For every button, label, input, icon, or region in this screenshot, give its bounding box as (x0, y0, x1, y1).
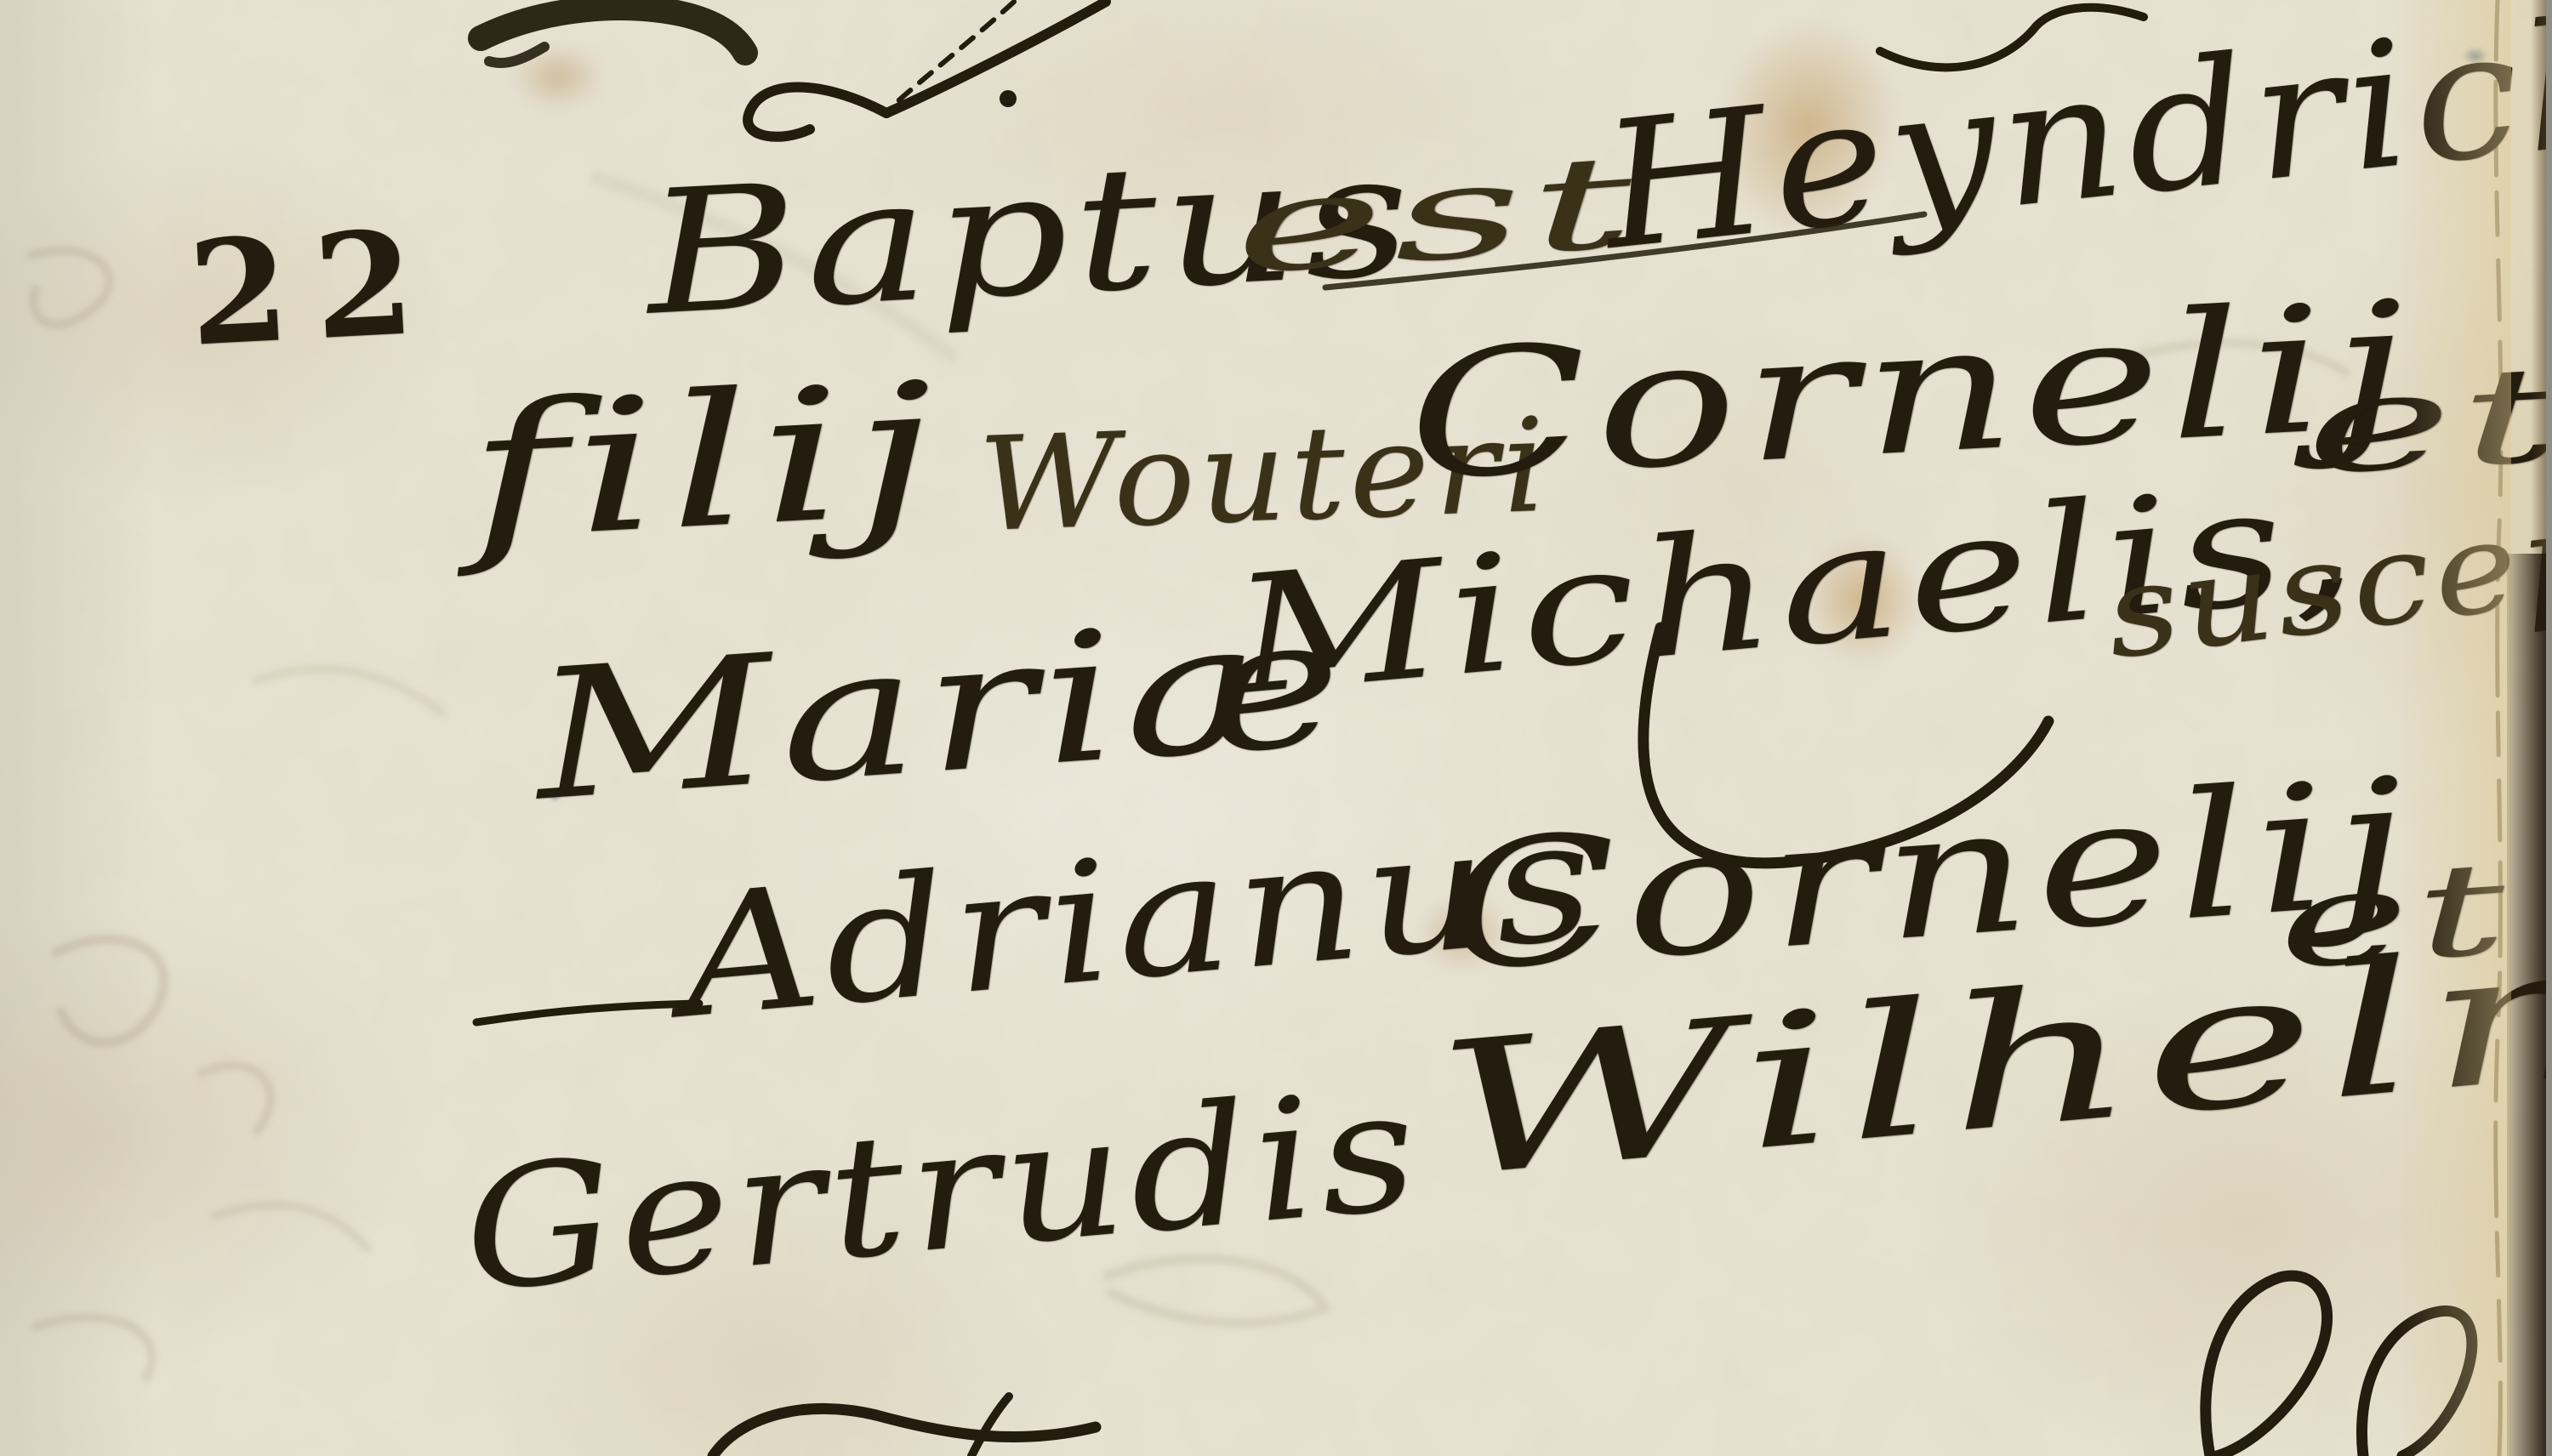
word-mother-mariae: Mariæ (529, 591, 1354, 826)
showthrough-mark-4 (36, 1317, 151, 1378)
page-edge-shadow-top (2531, 0, 2546, 611)
showthrough-mark-3 (201, 1066, 271, 1131)
scan-background-strip (2546, 0, 2552, 1456)
page-edge-shadow-bottom (2507, 554, 2546, 1456)
cutoff-flourish-dot (1000, 90, 1017, 107)
entry-number: 22 (185, 210, 443, 366)
cutoff-flourish-top-center-curl (748, 87, 886, 136)
cutoff-stroke-bottom-center-1 (713, 1408, 1096, 1456)
word-godparent-gertrudis: Gertrudis (458, 1066, 1427, 1317)
cutoff-flourish-top-left (481, 8, 745, 53)
cutoff-stroke-bottom-center-2 (971, 1396, 1009, 1456)
cutoff-flourish-top-center-hairline (891, 2, 1014, 107)
word-est: est (1229, 138, 1644, 293)
cutoff-flourish-top-center-stroke (886, 2, 1106, 113)
showthrough-mark-8 (257, 669, 442, 713)
manuscript-page: 22 Baptus est Heyndrick filij Wouteri Co… (0, 0, 2552, 1456)
adrianus-leadin-stroke (476, 1004, 699, 1022)
showthrough-mark-1 (31, 251, 110, 325)
word-filij: filij (464, 358, 947, 566)
cutoff-loop-bottom-right-1 (2206, 1276, 2327, 1456)
ink-stain-top-left (510, 43, 604, 111)
showthrough-mark-2 (56, 940, 164, 1043)
page-edge-highlight (2401, 0, 2511, 1456)
showthrough-mark-9 (214, 1205, 367, 1248)
